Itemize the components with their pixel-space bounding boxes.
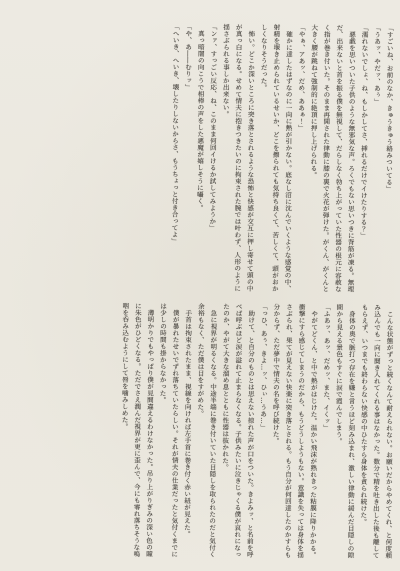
scanned-page: 「すごいね、お前のなか、きゅうきゅう絡みついてる」 「うあッ、やだッ、あぅ」 「… (0, 0, 400, 571)
paragraph: 急に視界が明るくなる。中途半端に巻き付いていた目隠しを取られたのだと気付く余裕も… (193, 303, 220, 564)
paragraph: 薄明かりでもやっぱり僕が見間違えるわけなかった。吊り上がりぎみの深い色の瞳に朱色… (117, 303, 156, 564)
paragraph: 怖い。どこか深いところに突き落とされるような恐怖と快感が交互に押し寄せて頭の中が… (218, 24, 257, 298)
paragraph: 手首は拘束されたまま、視線を向ければ左手首に巻き付く赤い紐が見えた。 (180, 303, 194, 564)
paragraph: こんな状態がずっと続くなんて耐えられない。お願いだからやめてくれ、と何度頼み込ん… (356, 304, 395, 565)
paragraph: 確かに達したはずなのに一向に熱が引かない。底なし沼に沈んでいくような感覚の中、射… (256, 24, 295, 298)
paragraph: 「すごいね、お前のなか、きゅうきゅう絡みついてる」 (382, 25, 396, 299)
paragraph: 「うあッ、やだッ、あぅ」 (369, 25, 383, 299)
paragraph: 身体の奥で脈打つ存在を嫌と言うほど刻み込まれ、激しい律動に緩んだ目隠しの隙間から… (331, 304, 358, 565)
paragraph: 「濡れないでしょ、ね、もしかしてさ、挿れるだけでイけたりする？」 (356, 24, 370, 298)
paragraph: 「へいき、へいき、壊したりしないからさ、もうちょっと付き合ってよ」 (167, 23, 181, 297)
paragraph: 「やぁ、アあッ、だめ、ああぁ！」 (293, 24, 307, 298)
paragraph: 僕が暴れたせいでずれ落ちていたらしい。それが情夫の仕業だったと気付くまでには少し… (155, 303, 182, 564)
paragraph: やがてどくん、と中で熱がはじけた。温かい飛沫が熟れきった粘膜に降りかかる。衝撃に… (268, 303, 320, 564)
paragraph: 助けて、と自分のものとは思えない掠れた声が口をついた。きよみッ、と名前を呼べば呼… (218, 303, 257, 564)
paragraph: 「や、あ――むりッ」 (180, 23, 194, 297)
paragraph: 悪戯を思いついた子供のような無邪気な声。ろくでもない思いつきに背筋が凍る。無理だ… (306, 24, 358, 298)
paragraph: 「ふあッ、あッ、だめッ、また、イくッ」 (319, 304, 333, 565)
paragraph: 「っひ、あぅ、きよ…ッ、ひぃ…うあ…」 (256, 303, 270, 564)
text-block-top: 「すごいね、お前のなか、きゅうきゅう絡みついてる」 「うあッ、やだッ、あぅ」 「… (162, 23, 396, 298)
paragraph: 真っ暗闇の向こうで相棒の声をした悪魔が嬉しそうに囁く。 (193, 23, 207, 297)
paragraph: 「ンァ、すっごい反応、ね、このまま何回イけるか試してみようか」 (205, 24, 219, 298)
text-block-bottom: こんな状態がずっと続くなんて耐えられない。お願いだからやめてくれ、と何度頼み込ん… (4, 302, 396, 565)
